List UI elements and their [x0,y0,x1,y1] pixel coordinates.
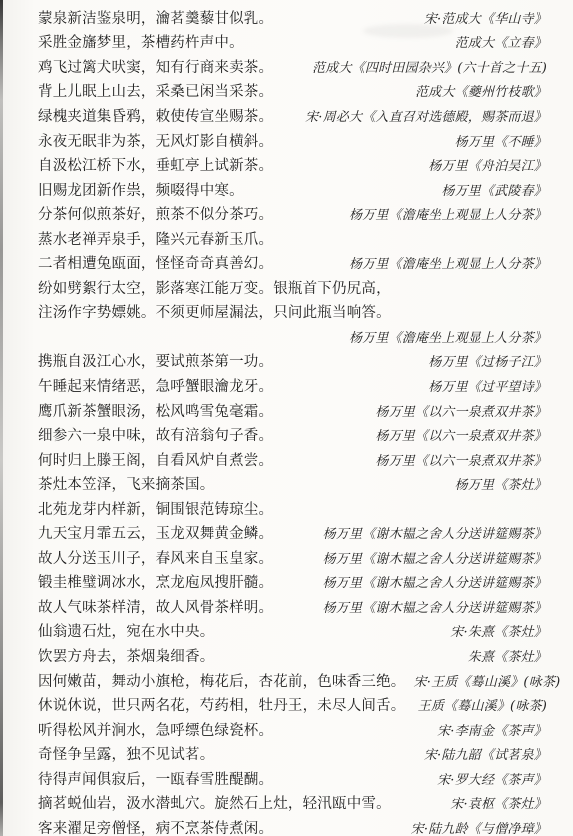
verse-text: 鹰爪新茶蟹眼汤，松风鸣雪兔毫霜。 [38,400,273,421]
poem-row: 因何嫩苗，舞动小旗枪，梅花后，杏花前，色味香三绝。 宋·王质《蓦山溪》(咏茶) [38,668,547,693]
source-text: 杨万里《以六一泉煮双井茶》 [375,425,547,444]
poem-row: 杨万里《澹庵坐上观显上人分茶》 [38,324,547,349]
poem-row: 绿槐夹道集昏鸦，敕使传宣坐赐茶。 宋·周必大《入直召对选德殿，赐茶而退》 [38,103,547,128]
source-text: 范成大《立春》 [455,32,547,51]
poem-row: 何时归上滕王阁，自看风炉自煮尝。 杨万里《以六一泉煮双井茶》 [38,447,547,472]
source-text: 宋·王质《蓦山溪》(咏茶) [414,671,561,690]
poem-row: 九天宝月霏五云，玉龙双舞黄金鳞。 杨万里《谢木韫之舍人分送讲筵赐茶》 [38,520,547,545]
source-text: 王质《蓦山溪》(咏茶) [418,695,547,714]
source-text: 杨万里《谢木韫之舍人分送讲筵赐茶》 [323,523,547,542]
verse-text: 注汤作字势嫖姚。不须更师屋漏法，只问此瓶当响答。 [38,301,391,322]
source-text: 宋·罗大经《茶声》 [437,769,547,788]
source-text: 杨万里《以六一泉煮双井茶》 [375,401,547,420]
verse-text: 听得松风并涧水，急呼缥色绿瓷杯。 [38,719,273,740]
poem-row: 午睡起来情绪恶，急呼蟹眼瀹龙牙。 杨万里《过平望诗》 [38,373,547,398]
source-text: 杨万里《澹庵坐上观显上人分茶》 [349,327,547,346]
source-text: 杨万里《澹庵坐上观显上人分茶》 [349,204,547,223]
poem-row: 锻圭椎璧调冰水，烹龙庖凤搜肝髓。 杨万里《谢木韫之舍人分送讲筵赐茶》 [38,570,547,595]
poem-row: 纷如劈絮行太空，影落寒江能万变。银瓶首下仍尻高， [38,275,547,300]
source-text: 朱熹《茶灶》 [468,646,547,665]
verse-text: 细参六一泉中味，故有涪翁句子香。 [38,424,273,445]
source-text: 宋·周必大《入直召对选德殿，赐茶而退》 [305,106,547,125]
verse-text: 采胜金旛梦里，茶槽药杵声中。 [38,31,244,52]
verse-text: 饮罢方舟去，茶烟枭细香。 [38,645,214,666]
source-text: 杨万里《谢木韫之舍人分送讲筵赐茶》 [323,572,547,591]
poem-row: 北苑龙芽内样新，铜围银范铸琼尘。 [38,496,547,521]
verse-text: 因何嫩苗，舞动小旗枪，梅花后，杏花前，色味香三绝。 [38,670,406,691]
source-text: 杨万里《舟泊吴江》 [428,155,547,174]
verse-text: 鸡飞过篱犬吠窦，知有行商来卖茶。 [38,56,273,77]
source-text: 范成大《四时田园杂兴》(六十首之十五) [312,57,547,76]
verse-text: 绿槐夹道集昏鸦，敕使传宣坐赐茶。 [38,105,273,126]
poem-row: 客来濯足旁僧怪，病不烹茶侍煮闲。 宋·陆九龄《与僧净璋》 [38,815,547,836]
verse-text: 蒸水老禅弄泉手，隆兴元春新玉爪。 [38,228,273,249]
source-text: 杨万里《澹庵坐上观显上人分茶》 [349,253,547,272]
source-text: 宋·袁枢《茶灶》 [450,793,547,812]
poem-list: 蒙泉新洁鉴泉明，瀹茗羹藜甘似乳。 宋·范成大《华山寺》 采胜金旛梦里，茶槽药杵声… [38,5,547,836]
verse-text: 北苑龙芽内样新，铜围银范铸琼尘。 [38,498,273,519]
source-text: 杨万里《以六一泉煮双井茶》 [375,450,547,469]
source-text: 宋·李南金《茶声》 [437,720,547,739]
source-text: 杨万里《武陵春》 [441,180,547,199]
poem-row: 鸡飞过篱犬吠窦，知有行商来卖茶。 范成大《四时田园杂兴》(六十首之十五) [38,54,547,79]
poem-row: 听得松风并涧水，急呼缥色绿瓷杯。 宋·李南金《茶声》 [38,717,547,742]
poem-row: 待得声闻俱寂后，一瓯春雪胜醍醐。 宋·罗大经《茶声》 [38,766,547,791]
source-text: 杨万里《谢木韫之舍人分送讲筵赐茶》 [323,548,547,567]
book-page: 蒙泉新洁鉴泉明，瀹茗羹藜甘似乳。 宋·范成大《华山寺》 采胜金旛梦里，茶槽药杵声… [0,0,573,836]
poem-row: 仙翁遗石灶，宛在水中央。 宋·朱熹《茶灶》 [38,619,547,644]
source-text: 宋·陆九龄《与僧净璋》 [411,818,547,836]
verse-text: 自汲松江桥下水，垂虹亭上试新茶。 [38,154,273,175]
poem-row: 背上儿眠上山去，采桑已闲当采茶。 范成大《夔州竹枝歌》 [38,79,547,104]
verse-text: 背上儿眠上山去，采桑已闲当采茶。 [38,80,273,101]
source-text: 范成大《夔州竹枝歌》 [415,81,547,100]
poem-row: 蒙泉新洁鉴泉明，瀹茗羹藜甘似乳。 宋·范成大《华山寺》 [38,5,547,30]
verse-text: 奇怪争呈露，独不见试茗。 [38,743,214,764]
source-text: 宋·范成大《华山寺》 [424,8,547,27]
poem-row: 茶灶本笠泽，飞来摘茶国。 杨万里《茶灶》 [38,471,547,496]
poem-row: 奇怪争呈露，独不见试茗。 宋·陆九韶《试茗泉》 [38,741,547,766]
source-text: 杨万里《过平望诗》 [428,376,547,395]
verse-text: 故人气味茶样清，故人风骨茶样明。 [38,596,273,617]
source-text: 宋·陆九韶《试茗泉》 [424,744,547,763]
poem-row: 摘茗蜕仙岩，汲水潜虬穴。旋然石上灶，轻汛瓯中雪。 宋·袁枢《茶灶》 [38,791,547,816]
poem-row: 注汤作字势嫖姚。不须更师屋漏法，只问此瓶当响答。 [38,300,547,325]
verse-text: 旧赐龙团新作祟，频啜得中寒。 [38,179,244,200]
verse-text: 何时归上滕王阁，自看风炉自煮尝。 [38,449,273,470]
verse-text: 待得声闻俱寂后，一瓯春雪胜醍醐。 [38,768,273,789]
source-text: 杨万里《谢木韫之舍人分送讲筵赐茶》 [323,597,547,616]
verse-text: 摘茗蜕仙岩，汲水潜虬穴。旋然石上灶，轻汛瓯中雪。 [38,792,391,813]
verse-text: 分茶何似煎茶好，煎茶不似分茶巧。 [38,203,273,224]
source-text: 杨万里《茶灶》 [455,474,547,493]
verse-text: 永夜无眠非为茶，无风灯影自横斜。 [38,130,273,151]
source-text: 杨万里《过杨子江》 [428,351,547,370]
verse-text: 携瓶自汲江心水，要试煎茶第一功。 [38,350,273,371]
poem-row: 携瓶自汲江心水，要试煎茶第一功。 杨万里《过杨子江》 [38,349,547,374]
poem-row: 自汲松江桥下水，垂虹亭上试新茶。 杨万里《舟泊吴江》 [38,152,547,177]
verse-text: 锻圭椎璧调冰水，烹龙庖凤搜肝髓。 [38,571,273,592]
poem-row: 永夜无眠非为茶，无风灯影自横斜。 杨万里《不睡》 [38,128,547,153]
poem-row: 鹰爪新茶蟹眼汤，松风鸣雪兔毫霜。 杨万里《以六一泉煮双井茶》 [38,398,547,423]
poem-row: 蒸水老禅弄泉手，隆兴元春新玉爪。 [38,226,547,251]
verse-text: 故人分送玉川子，春风来自玉皇家。 [38,547,273,568]
poem-row: 故人气味茶样清，故人风骨茶样明。 杨万里《谢木韫之舍人分送讲筵赐茶》 [38,594,547,619]
poem-row: 饮罢方舟去，茶烟枭细香。 朱熹《茶灶》 [38,643,547,668]
poem-row: 采胜金旛梦里，茶槽药杵声中。 范成大《立春》 [38,30,547,55]
verse-text: 茶灶本笠泽，飞来摘茶国。 [38,473,214,494]
verse-text: 二者相遭兔瓯面，怪怪奇奇真善幻。 [38,252,273,273]
verse-text: 九天宝月霏五云，玉龙双舞黄金鳞。 [38,522,273,543]
poem-row: 分茶何似煎茶好，煎茶不似分茶巧。 杨万里《澹庵坐上观显上人分茶》 [38,201,547,226]
source-text: 宋·朱熹《茶灶》 [450,621,547,640]
verse-text: 仙翁遗石灶，宛在水中央。 [38,620,214,641]
poem-row: 二者相遭兔瓯面，怪怪奇奇真善幻。 杨万里《澹庵坐上观显上人分茶》 [38,250,547,275]
verse-text: 客来濯足旁僧怪，病不烹茶侍煮闲。 [38,817,273,836]
source-text: 杨万里《不睡》 [455,131,547,150]
poem-row: 细参六一泉中味，故有涪翁句子香。 杨万里《以六一泉煮双井茶》 [38,422,547,447]
verse-text: 纷如劈絮行太空，影落寒江能万变。银瓶首下仍尻高， [38,277,391,298]
verse-text: 蒙泉新洁鉴泉明，瀹茗羹藜甘似乳。 [38,7,273,28]
poem-row: 旧赐龙团新作祟，频啜得中寒。 杨万里《武陵春》 [38,177,547,202]
scan-edge-artifact [0,0,3,836]
poem-row: 休说休说，世只两名花，芍药相，牡丹王，未尽人间舌。 王质《蓦山溪》(咏茶) [38,692,547,717]
poem-row: 故人分送玉川子，春风来自玉皇家。 杨万里《谢木韫之舍人分送讲筵赐茶》 [38,545,547,570]
verse-text: 休说休说，世只两名花，芍药相，牡丹王，未尽人间舌。 [38,694,406,715]
verse-text: 午睡起来情绪恶，急呼蟹眼瀹龙牙。 [38,375,273,396]
